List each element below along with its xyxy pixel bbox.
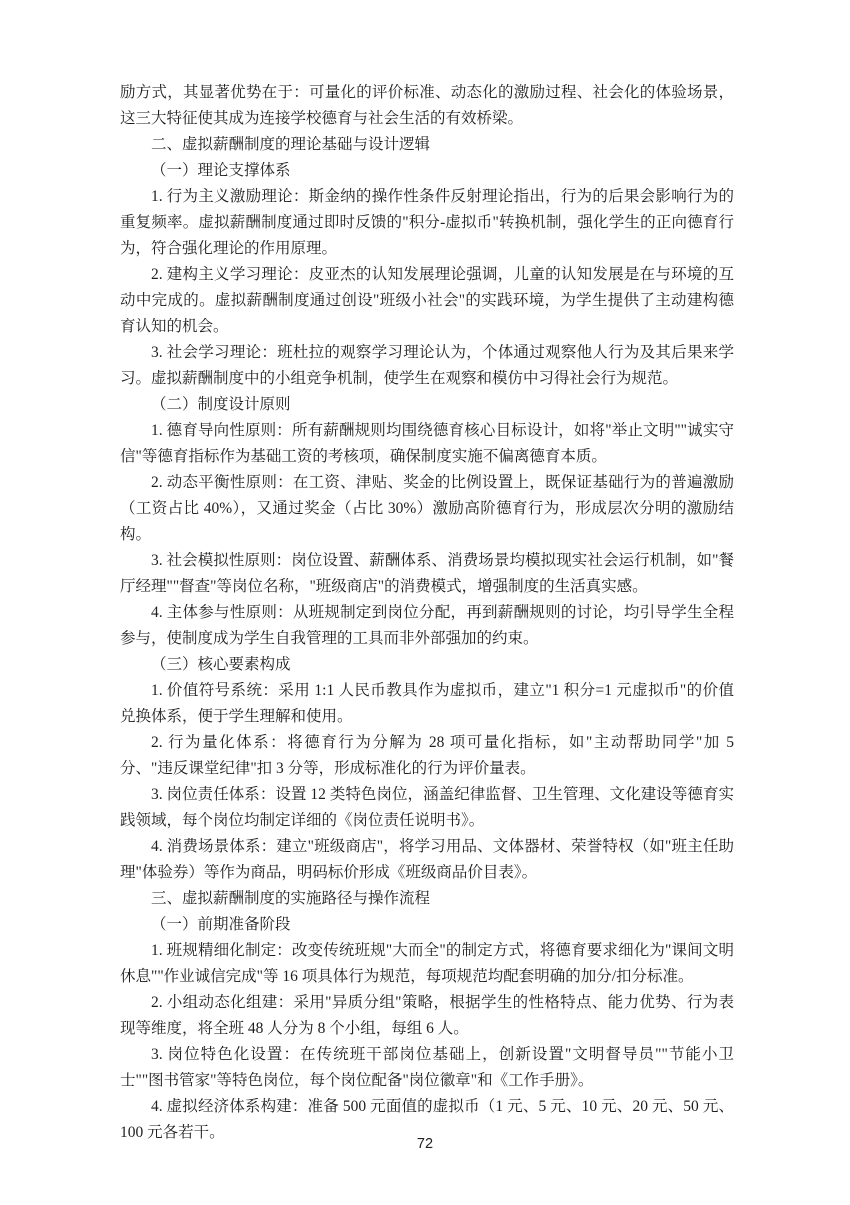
- section-heading: 三、虚拟薪酬制度的实施路径与操作流程: [120, 886, 734, 912]
- subsection-heading: （一）理论支撑体系: [120, 158, 734, 184]
- body-paragraph: 2. 建构主义学习理论：皮亚杰的认知发展理论强调，儿童的认知发展是在与环境的互动…: [120, 262, 734, 340]
- body-paragraph: 3. 岗位责任体系：设置 12 类特色岗位，涵盖纪律监督、卫生管理、文化建设等德…: [120, 782, 734, 834]
- subsection-heading: （一）前期准备阶段: [120, 912, 734, 938]
- body-paragraph: 4. 消费场景体系：建立"班级商店"，将学习用品、文体器材、荣誉特权（如"班主任…: [120, 834, 734, 886]
- body-paragraph: 1. 班规精细化制定：改变传统班规"大而全"的制定方式，将德育要求细化为"课间文…: [120, 938, 734, 990]
- body-paragraph: 3. 社会模拟性原则：岗位设置、薪酬体系、消费场景均模拟现实社会运行机制，如"餐…: [120, 548, 734, 600]
- body-paragraph: 3. 岗位特色化设置：在传统班干部岗位基础上，创新设置"文明督导员""节能小卫士…: [120, 1042, 734, 1094]
- subsection-heading: （三）核心要素构成: [120, 652, 734, 678]
- body-paragraph: 励方式，其显著优势在于：可量化的评价标准、动态化的激励过程、社会化的体验场景，这…: [120, 80, 734, 132]
- body-paragraph: 2. 小组动态化组建：采用"异质分组"策略，根据学生的性格特点、能力优势、行为表…: [120, 990, 734, 1042]
- body-paragraph: 2. 动态平衡性原则：在工资、津贴、奖金的比例设置上，既保证基础行为的普遍激励（…: [120, 470, 734, 548]
- page-number: 72: [417, 1136, 433, 1152]
- subsection-heading: （二）制度设计原则: [120, 392, 734, 418]
- document-page: 励方式，其显著优势在于：可量化的评价标准、动态化的激励过程、社会化的体验场景，这…: [0, 0, 850, 1205]
- section-heading: 二、虚拟薪酬制度的理论基础与设计逻辑: [120, 132, 734, 158]
- body-paragraph: 3. 社会学习理论：班杜拉的观察学习理论认为，个体通过观察他人行为及其后果来学习…: [120, 340, 734, 392]
- body-paragraph: 1. 行为主义激励理论：斯金纳的操作性条件反射理论指出，行为的后果会影响行为的重…: [120, 184, 734, 262]
- body-paragraph: 1. 德育导向性原则：所有薪酬规则均围绕德育核心目标设计，如将"举止文明""诚实…: [120, 418, 734, 470]
- body-paragraph: 2. 行为量化体系：将德育行为分解为 28 项可量化指标，如"主动帮助同学"加 …: [120, 730, 734, 782]
- page-footer: 72: [0, 1136, 850, 1152]
- body-paragraph: 1. 价值符号系统：采用 1:1 人民币教具作为虚拟币，建立"1 积分=1 元虚…: [120, 678, 734, 730]
- body-paragraph: 4. 主体参与性原则：从班规制定到岗位分配，再到薪酬规则的讨论，均引导学生全程参…: [120, 600, 734, 652]
- page-body: 励方式，其显著优势在于：可量化的评价标准、动态化的激励过程、社会化的体验场景，这…: [120, 80, 734, 1146]
